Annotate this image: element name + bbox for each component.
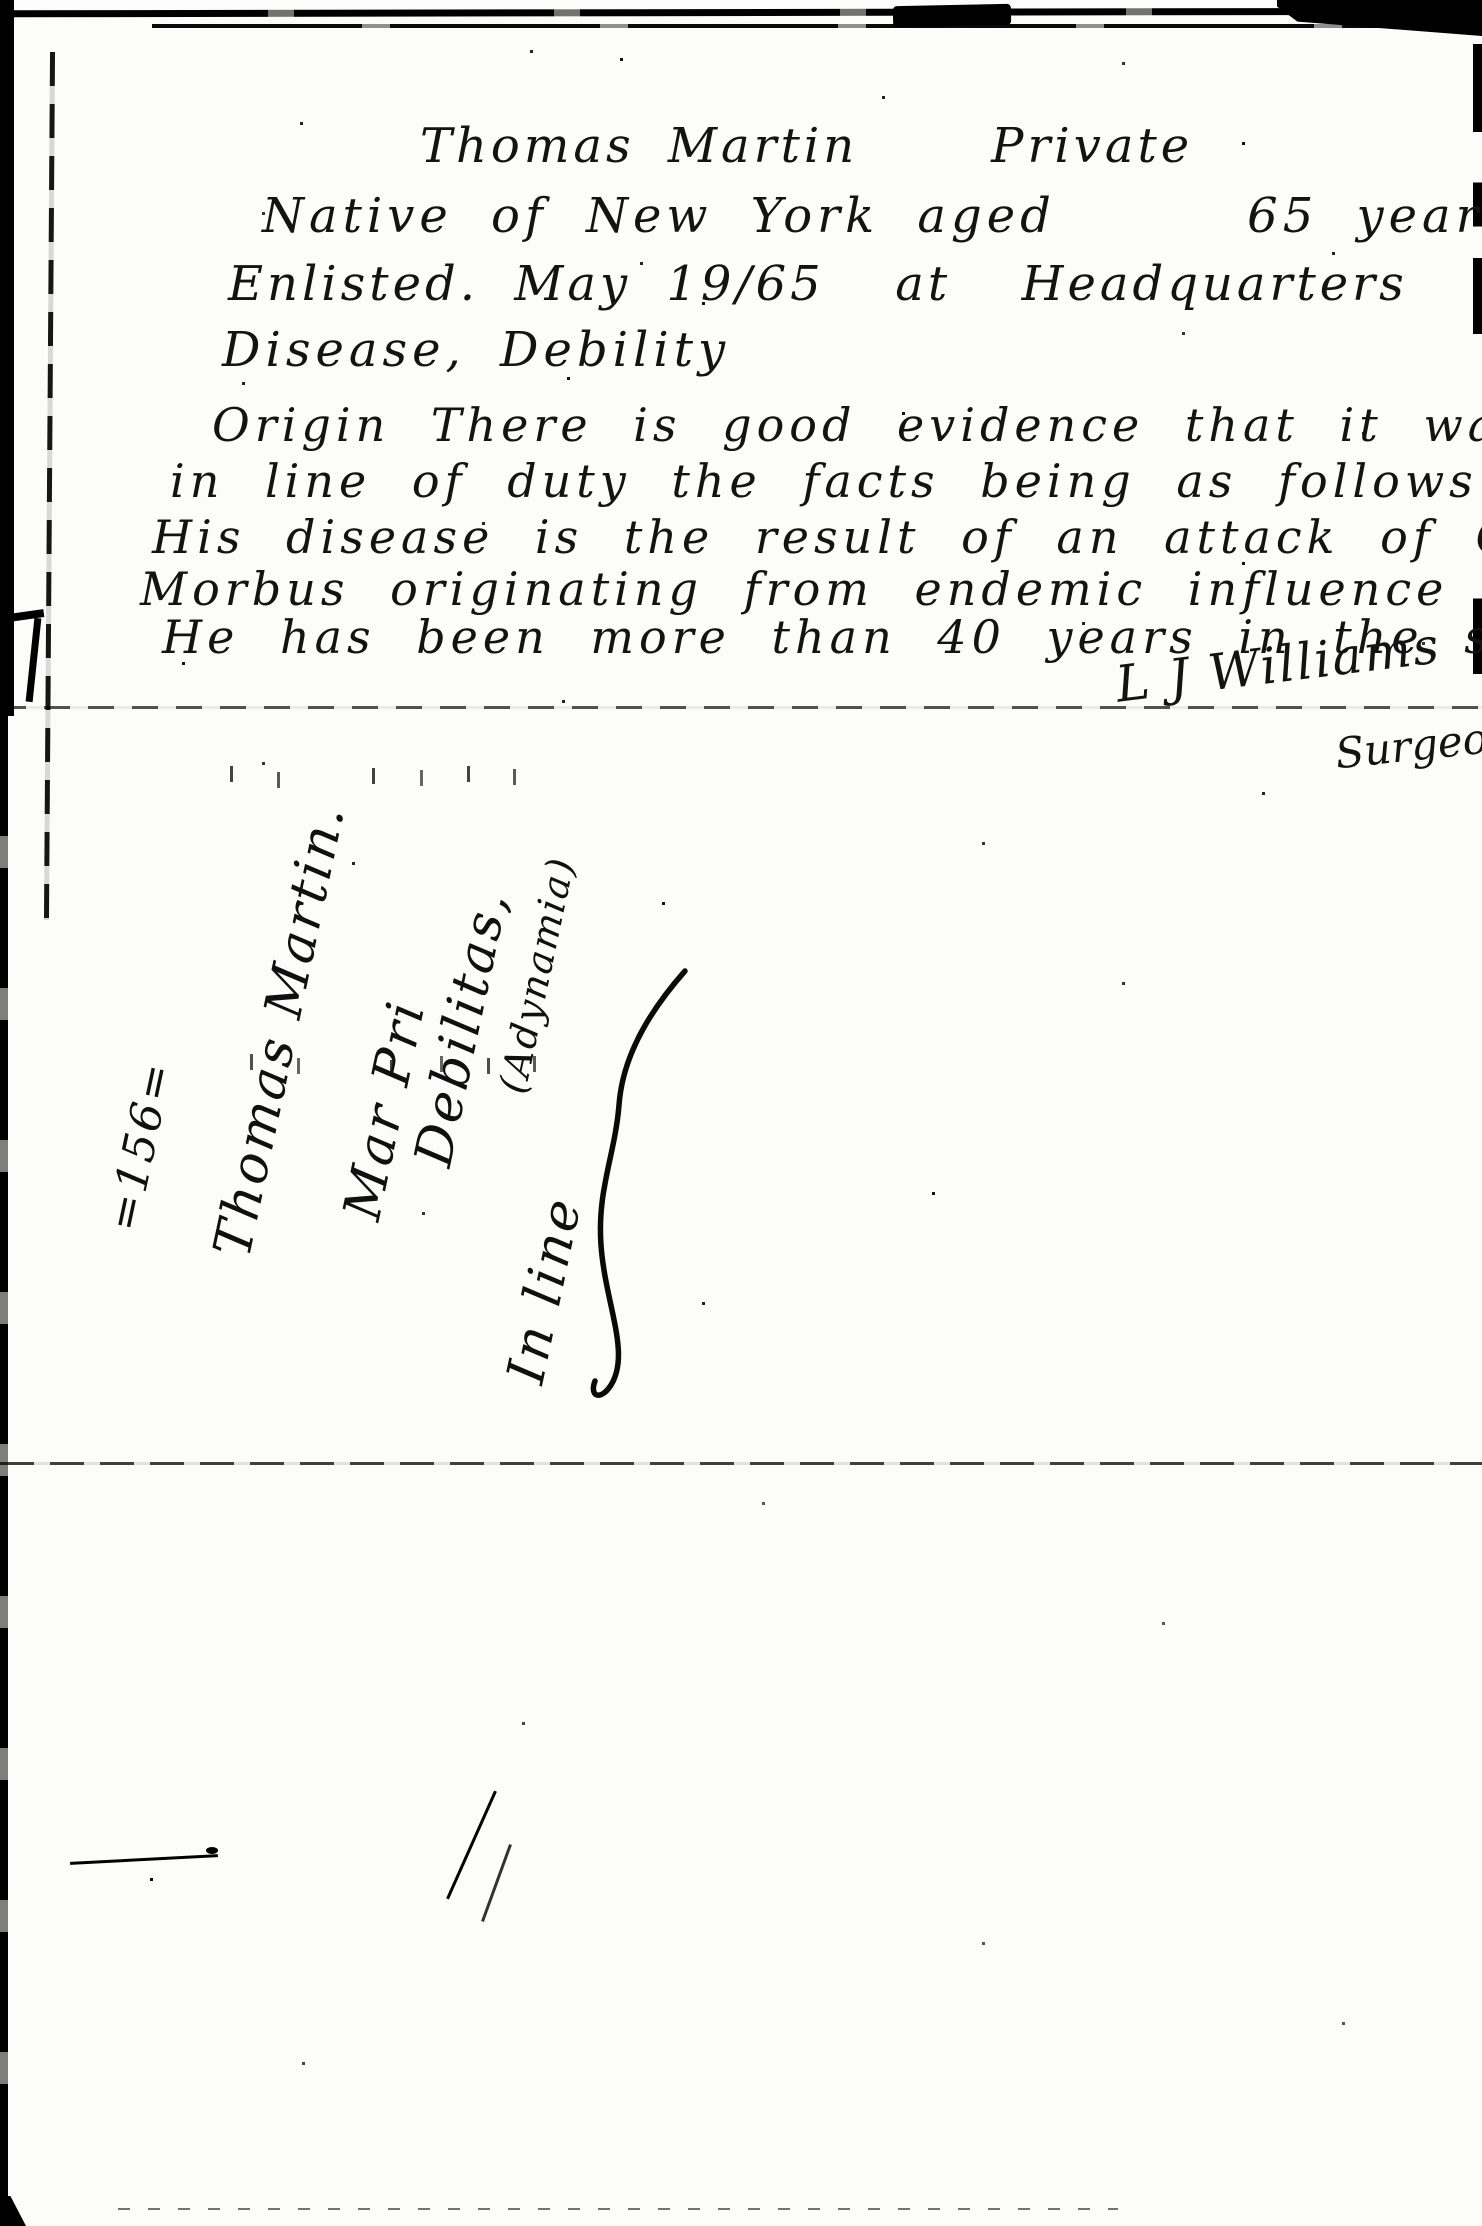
left-margin-mark-vertical — [26, 618, 42, 702]
ink-scratch-diagonal-1 — [446, 1790, 497, 1899]
fold-crease-lower — [0, 1462, 1482, 1465]
patient-name-rank-line: Thomas Martin Private — [420, 122, 1193, 170]
docket-brace-flourish — [585, 965, 705, 1415]
enlistment-line: Enlisted. May 19/65 at Headquarters — [228, 260, 1408, 308]
fold-crease-bottom — [118, 2208, 1118, 2210]
scan-border-left-upper — [0, 0, 14, 716]
scan-border-left-lower — [0, 716, 8, 2226]
scan-top-rule-inner — [152, 24, 1482, 28]
bleedthrough-dash-marks — [0, 0, 3, 16]
origin-paragraph-line-2: in line of duty the facts being as follo… — [170, 458, 1482, 504]
surgeon-title: Surgeon — [1333, 715, 1482, 776]
origin-paragraph-line-3: His disease is the result of an attack o… — [152, 514, 1482, 560]
scan-corner-bottom-left — [0, 2196, 26, 2226]
ink-scratch-blob — [206, 1847, 218, 1854]
scan-left-inner-line — [44, 52, 55, 920]
ink-scratch-left — [70, 1854, 218, 1865]
docket-case-number: =156= — [95, 1024, 188, 1268]
origin-paragraph-line-4: Morbus originating from endemic influenc… — [140, 566, 1448, 612]
disease-line: Disease, Debility — [222, 326, 730, 374]
origin-paragraph-line-1: Origin There is good evidence that it wa… — [212, 402, 1482, 448]
scan-top-rule — [8, 8, 1482, 18]
scanned-medical-record-page: Thomas Martin Private Native of New York… — [0, 0, 1482, 2226]
fold-crease-upper — [0, 706, 1482, 709]
scan-edge-right-marks — [1473, 44, 1482, 674]
ink-scratch-diagonal-2 — [481, 1844, 512, 1922]
docket-patient-name: Thomas Martin. — [205, 790, 356, 1270]
docket-duty-status: In line — [494, 1162, 597, 1417]
scan-corner-top-right — [1277, 0, 1482, 36]
nativity-age-line: Native of New York aged 65 years — [262, 192, 1482, 240]
ink-blob-top — [893, 4, 1011, 27]
